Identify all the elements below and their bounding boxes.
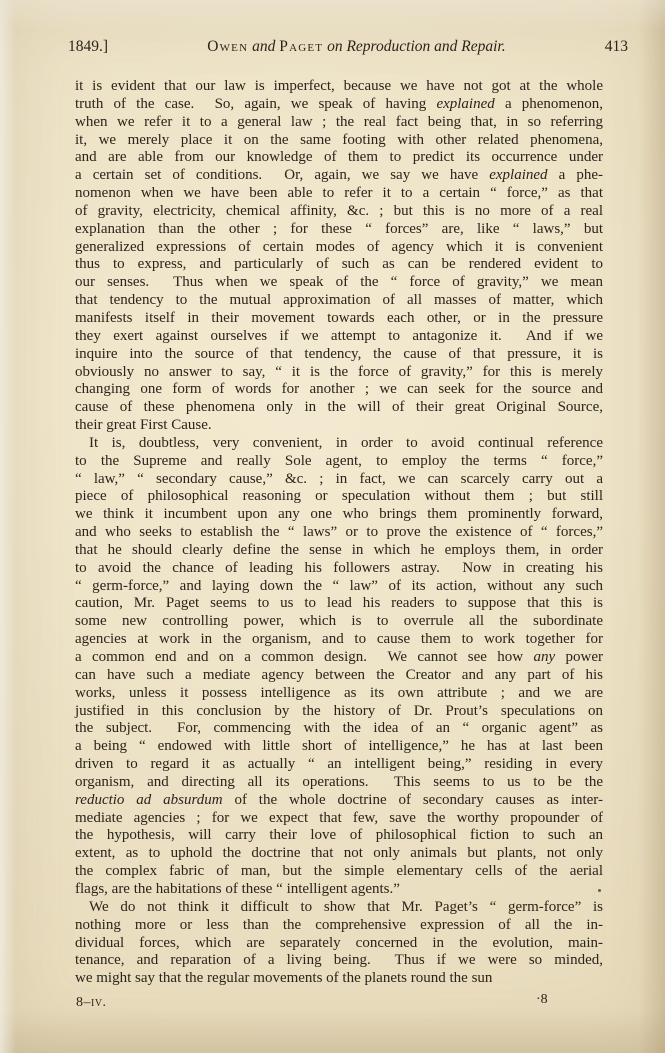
text-segment: explained (436, 96, 494, 112)
text-line: changing one form of words for another ;… (75, 381, 603, 399)
text-segment: and are able from our knowledge of them … (75, 149, 603, 165)
text-segment: cause of these phenomena only in the wil… (75, 399, 603, 415)
text-line: we might say that the regular movements … (75, 970, 603, 988)
text-segment: extent, as to uphold the doctrine that n… (75, 845, 603, 861)
text-segment: flags, are the habitations of these “ in… (75, 881, 400, 897)
text-line: tenance, and reparation of a living bein… (75, 952, 603, 970)
text-segment: power (555, 649, 603, 665)
text-line: explanation than the other ; for these “… (75, 221, 603, 239)
text-line: dividual forces, which are separately co… (75, 935, 603, 953)
text-segment: a phe- (548, 167, 603, 183)
text-line: inquire into the source of that tendency… (75, 346, 603, 364)
text-segment: some new controlling power, which is to … (75, 613, 603, 629)
text-line: piece of philosophical reasoning or spec… (75, 488, 603, 506)
text-line: and who seeks to establish the “ laws” o… (75, 524, 603, 542)
text-line: a certain set of conditions. Or, again, … (75, 167, 603, 185)
text-line: that he should clearly define the sense … (75, 542, 603, 560)
text-segment: the hypothesis, will carry their love of… (75, 827, 603, 843)
text-segment: and (248, 38, 279, 55)
text-segment: Reproduction and Repair. (346, 38, 505, 55)
text-segment: dividual forces, which are separately co… (75, 935, 603, 951)
text-line: nomenon when we have been able to refer … (75, 185, 603, 203)
text-segment: we think it incumbent upon any one who b… (75, 506, 603, 522)
text-segment: driven to regard it as actually “ an int… (75, 756, 603, 772)
text-line: obviously no answer to say, “ it is the … (75, 364, 603, 382)
text-segment: to the Supreme and really Sole agent, to… (75, 453, 603, 469)
text-segment: our senses. Thus when we speak of the “ … (75, 274, 603, 290)
text-segment: their great First Cause. (75, 417, 212, 433)
text-segment: a phenomenon, (495, 96, 603, 112)
text-line: works, unless it possess intelligence as… (75, 685, 603, 703)
text-line: “ law,” “ secondary cause,” &c. ; in fac… (75, 471, 603, 489)
text-line: mediate agencies ; for we expect that fe… (75, 810, 603, 828)
text-line: manifests itself in their movement towar… (75, 310, 603, 328)
text-segment: that tendency to the mutual approximatio… (75, 292, 603, 308)
text-segment: nothing more or less than the comprehens… (75, 917, 603, 933)
text-segment: can have such a mediate agency between t… (75, 667, 603, 683)
text-segment: the subject. For, commencing with the id… (75, 720, 603, 736)
text-line: to the Supreme and really Sole agent, to… (75, 453, 603, 471)
text-line: thus to express, and particularly of suc… (75, 256, 603, 274)
text-line: their great First Cause. (75, 417, 603, 435)
text-line: organism, and directing all its operatio… (75, 774, 603, 792)
text-segment: works, unless it possess intelligence as… (75, 685, 603, 701)
text-line: the complex fabric of man, but the simpl… (75, 863, 603, 881)
footer-signature: 8–iv. (76, 995, 107, 1011)
body-text: it is evident that our law is imperfect,… (75, 78, 603, 988)
text-segment: explained (489, 167, 547, 183)
text-segment: “ germ-force,” and laying down the “ law… (75, 578, 603, 594)
text-line: it is evident that our law is imperfect,… (75, 78, 603, 96)
text-segment: caution, Mr. Paget seems to us to lead h… (75, 595, 603, 611)
text-segment: obviously no answer to say, “ it is the … (75, 364, 603, 380)
text-segment: that he should clearly define the sense … (75, 542, 603, 558)
text-line: We do not think it difficult to show tha… (75, 899, 603, 917)
text-line: a common end and on a common design. We … (75, 649, 603, 667)
text-segment: changing one form of words for another ;… (75, 381, 603, 397)
text-segment: a common end and on a common design. We … (75, 649, 533, 665)
text-segment: inquire into the source of that tendency… (75, 346, 603, 362)
text-segment: agencies at work in the organism, and to… (75, 631, 603, 647)
text-line: nothing more or less than the comprehens… (75, 917, 603, 935)
text-line: can have such a mediate agency between t… (75, 667, 603, 685)
text-line: it, we merely place it on the same footi… (75, 132, 603, 150)
text-line: driven to regard it as actually “ an int… (75, 756, 603, 774)
text-segment: to avoid the chance of leading his follo… (75, 560, 603, 576)
text-line: the hypothesis, will carry their love of… (75, 827, 603, 845)
page-header: 1849.] Owen and Paget on Reproduction an… (68, 38, 628, 56)
text-segment: “ law,” “ secondary cause,” &c. ; in fac… (75, 471, 603, 487)
text-line: generalized expressions of certain modes… (75, 239, 603, 257)
text-segment: justified in this conclusion by the hist… (75, 703, 603, 719)
text-segment: We do not think it difficult to show tha… (89, 899, 603, 915)
text-line: flags, are the habitations of these “ in… (75, 881, 603, 899)
text-line: they exert against ourselves if we attem… (75, 328, 603, 346)
text-segment: generalized expressions of certain modes… (75, 239, 603, 255)
text-segment: thus to express, and particularly of suc… (75, 256, 603, 272)
ink-speck (598, 889, 601, 892)
text-segment: it is evident that our law is imperfect,… (75, 78, 603, 94)
text-line: some new controlling power, which is to … (75, 613, 603, 631)
text-segment: and who seeks to establish the “ laws” o… (75, 524, 603, 540)
text-segment: they exert against ourselves if we attem… (75, 328, 603, 344)
text-segment: nomenon when we have been able to refer … (75, 185, 603, 201)
footer-press-mark: ·8 (536, 992, 548, 1008)
book-page: 1849.] Owen and Paget on Reproduction an… (0, 0, 665, 1053)
text-segment: on (323, 38, 346, 55)
text-line: to avoid the chance of leading his follo… (75, 560, 603, 578)
text-line: that tendency to the mutual approximatio… (75, 292, 603, 310)
page-number: 413 (605, 38, 628, 56)
text-segment: piece of philosophical reasoning or spec… (75, 488, 603, 504)
text-line: of gravity, electricity, chemical affini… (75, 203, 603, 221)
text-segment: it, we merely place it on the same footi… (75, 132, 603, 148)
text-segment: Paget (279, 38, 323, 55)
text-segment: tenance, and reparation of a living bein… (75, 952, 603, 968)
text-line: the subject. For, commencing with the id… (75, 720, 603, 738)
text-line: agencies at work in the organism, and to… (75, 631, 603, 649)
text-segment: Owen (207, 38, 248, 55)
text-line: our senses. Thus when we speak of the “ … (75, 274, 603, 292)
text-line: we think it incumbent upon any one who b… (75, 506, 603, 524)
text-line: a being “ endowed with little short of i… (75, 738, 603, 756)
text-line: and are able from our knowledge of them … (75, 149, 603, 167)
text-line: reductio ad absurdum of the whole doctri… (75, 792, 603, 810)
text-line: “ germ-force,” and laying down the “ law… (75, 578, 603, 596)
text-segment: reductio ad absurdum (75, 792, 223, 808)
text-segment: of the whole doctrine of secondary cause… (223, 792, 603, 808)
text-segment: mediate agencies ; for we expect that fe… (75, 810, 603, 826)
text-segment: of gravity, electricity, chemical affini… (75, 203, 603, 219)
text-segment: any (533, 649, 555, 665)
text-segment: explanation than the other ; for these “… (75, 221, 603, 237)
text-line: justified in this conclusion by the hist… (75, 703, 603, 721)
text-segment: It is, doubtless, very convenient, in or… (89, 435, 603, 451)
text-segment: a certain set of conditions. Or, again, … (75, 167, 489, 183)
text-line: when we refer it to a general law ; the … (75, 114, 603, 132)
text-line: caution, Mr. Paget seems to us to lead h… (75, 595, 603, 613)
text-segment: manifests itself in their movement towar… (75, 310, 603, 326)
text-line: cause of these phenomena only in the wil… (75, 399, 603, 417)
header-date: 1849.] (68, 38, 108, 56)
text-segment: we might say that the regular movements … (75, 970, 492, 986)
page-heading-title: Owen and Paget on Reproduction and Repai… (207, 38, 505, 56)
text-segment: truth of the case. So, again, we speak o… (75, 96, 436, 112)
text-line: truth of the case. So, again, we speak o… (75, 96, 603, 114)
text-segment: the complex fabric of man, but the simpl… (75, 863, 603, 879)
text-line: extent, as to uphold the doctrine that n… (75, 845, 603, 863)
text-segment: a being “ endowed with little short of i… (75, 738, 603, 754)
text-segment: organism, and directing all its operatio… (75, 774, 603, 790)
text-segment: when we refer it to a general law ; the … (75, 114, 603, 130)
text-line: It is, doubtless, very convenient, in or… (75, 435, 603, 453)
